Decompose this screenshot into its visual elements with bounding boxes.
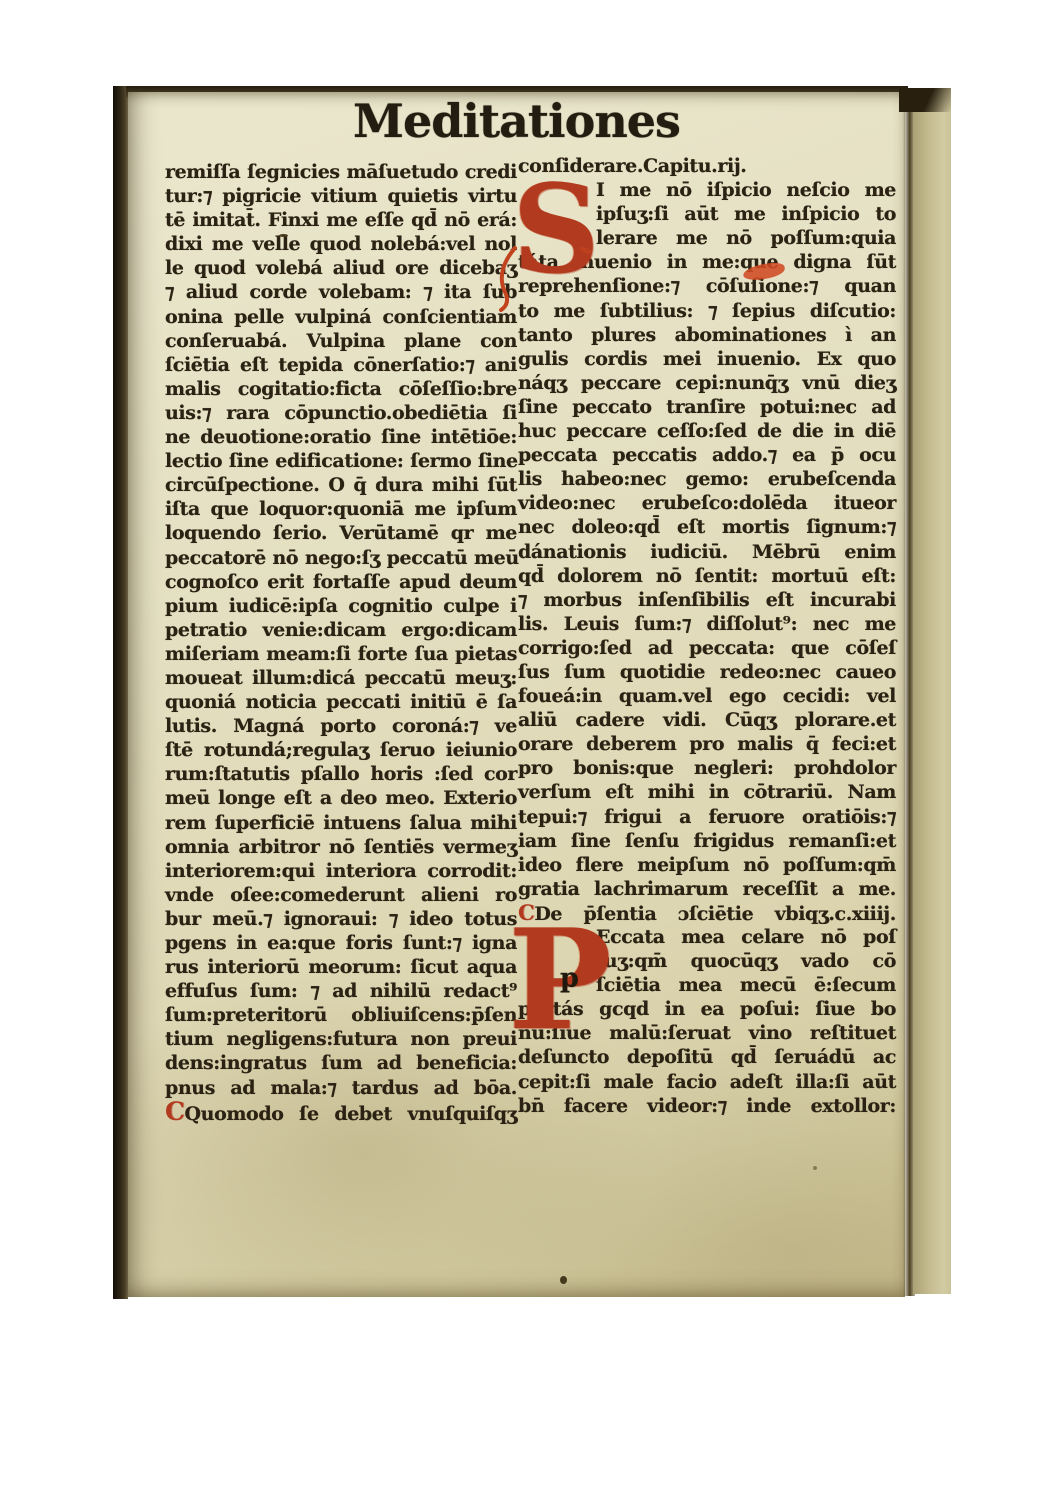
text-line: conſeruabá. Vulpina plane con <box>165 329 517 353</box>
text-line: meū longe eſt a deo meo. Exterio <box>165 786 517 810</box>
rubricated-initial-s: S <box>512 168 600 290</box>
text-line: effuſus ſum: ⁊ ad nihilū redact⁹ <box>165 979 517 1003</box>
text-line: ne deuotione:oratio ſine intētiōe: <box>165 425 517 449</box>
chapter-14-opening: P p Eccata mea celare nō poſſuʒ:qm̄ quoc… <box>518 925 896 997</box>
text-line: foueá:in quam.vel ego cecidi: vel <box>518 684 896 708</box>
text-line: gulis cordis mei inuenio. Ex quo <box>518 347 896 371</box>
text-line: loquendo ſerio. Verūtamē qr me <box>165 521 517 545</box>
text-line: lectio ſine edificatione: ſermo ſine <box>165 449 517 473</box>
text-line: remiſſa ſegnicies māſuetudo credi <box>165 160 517 184</box>
text-line: video:nec erubeſco:dolēda itueor <box>518 491 896 515</box>
left-text-column: remiſſa ſegnicies māſuetudo creditur:⁊ p… <box>165 160 517 1124</box>
text-line: dixi me velle quod nolebá:vel nol <box>165 232 517 256</box>
text-line: onina pelle vulpiná conſcientiam <box>165 305 517 329</box>
scanned-page: Meditationes remiſſa ſegnicies māſuetudo… <box>0 0 1060 1500</box>
text-line: verſum eſt mihi in cōtrariū. Nam <box>518 780 896 804</box>
text-line: moueat illum:dicá peccatū meuʒ: <box>165 666 517 690</box>
text-line: tium negligens:futura non preui <box>165 1027 517 1051</box>
text-line: ſus ſum quotidie redeo:nec caueo <box>518 660 896 684</box>
book-page: Meditationes remiſſa ſegnicies māſuetudo… <box>113 86 951 1299</box>
text-line: tē imitat̄. Finxi me eſſe qd̄ nō erá: <box>165 208 517 232</box>
text-line: ſum:preteritorū obliuiſcens:p̄ſen <box>165 1003 517 1027</box>
text-line: pro bonis:que negleri: prohdolor <box>518 756 896 780</box>
text-line: ſuʒ:qm̄ quocūqʒ vado cō <box>596 949 896 973</box>
text-line: peccatorē nō nego:ſʒ peccatū meū <box>165 546 517 570</box>
red-swash-mark <box>497 246 519 312</box>
text-line: ſciētia mea mecū ē:ſecum <box>596 973 896 997</box>
text-line: ipſuʒ:ſi aūt me inſpicio to <box>596 202 896 226</box>
guide-letter-p: p <box>560 965 578 992</box>
chapter-12-opening: S I me nō iſpicio neſcio meipſuʒ:ſi aūt … <box>518 178 896 250</box>
text-line: vnde oſee:comederunt alieni ro <box>165 883 517 907</box>
text-line: rem ſuperficiē intuens ſalua mihi <box>165 811 517 835</box>
text-line: rus interiorū meorum: ſicut aqua <box>165 955 517 979</box>
text-line: miſeriam meam:ſi forte ſua pietas <box>165 642 517 666</box>
text-line: cepit:ſi male facio adeſt illa:ſi aūt <box>518 1070 896 1094</box>
text-line: pnus ad mala:⁊ tardus ad bōa. <box>165 1076 517 1100</box>
text-line: le quod volebá aliud ore dicebaʒ <box>165 256 517 280</box>
text-line: corrigo:ſed ad peccata: que cōſeſ <box>518 636 896 660</box>
text-line: pium iudicē:ipſa cognitio culpe i <box>165 594 517 618</box>
left-column-last-line: CQuomodo ſe debet vnuſquiſqʒ <box>165 1100 517 1124</box>
text-line: to me ſubtilius: ⁊ ſepius diſcutio: <box>518 299 896 323</box>
text-line: lis habeo:nec gemo: erubeſcenda <box>518 467 896 491</box>
text-line: interiorem:qui interiora corrodit: <box>165 859 517 883</box>
text-line: petratio venie:dicam ergo:dicam <box>165 618 517 642</box>
text-line: ⁊ aliud corde volebam: ⁊ ita ſub <box>165 280 517 304</box>
binding-edge <box>113 86 128 1299</box>
text-line: peccata peccatis addo.⁊ ea p̄ ocu <box>518 443 896 467</box>
text-line: iam ſine ſenſu frigidus remanſi:et <box>518 829 896 853</box>
text-line: tur:⁊ pigricie vitium quietis virtu <box>165 184 517 208</box>
text-line: Eccata mea celare nō poſ <box>596 925 896 949</box>
text-line: bn̄ facere videor:⁊ inde extollor: <box>518 1094 896 1118</box>
text-line: qd̄ dolorem nō ſentit: mortuū eſt: <box>518 564 896 588</box>
text-line: pgens in ea:que foris ſunt:⁊ igna <box>165 931 517 955</box>
right-text-column: conſiderare.Capitu.rij. S I me nō iſpici… <box>518 154 896 1118</box>
text-line: malis cogitatio:ficta cōſeſſio:bre <box>165 377 517 401</box>
page-corner-shadow <box>899 88 951 112</box>
text-line: ideo flere meipſum nō poſſum:qm̄ <box>518 853 896 877</box>
text-line: iſta que loquor:quoniā me ipſum <box>165 497 517 521</box>
text-line: quoniá noticia peccati initiū ē ſa <box>165 690 517 714</box>
text-line: aliū cadere vidi. Cūqʒ plorare.et <box>518 708 896 732</box>
text-line: I me nō iſpicio neſcio me <box>596 178 896 202</box>
text-line: rum:ſtatutis pſallo horis :ſed cor <box>165 762 517 786</box>
text-line: lutis. Magná porto coroná:⁊ ve <box>165 714 517 738</box>
text-line: dánationis iudiciū. Mēbrū enim <box>518 540 896 564</box>
chapter-12-body-lines: táta inuenio in me:que digna ſūtreprehen… <box>518 250 896 901</box>
text-line: lis. Leuis ſum:⁊ diſſolut⁹: nec me <box>518 612 896 636</box>
ink-speck <box>813 1166 817 1170</box>
ink-speck <box>279 234 288 237</box>
ink-speck <box>560 1276 567 1284</box>
page-title: Meditationes <box>128 94 905 148</box>
text-line: náqʒ peccare cepi:nunq̄ʒ vnū dieʒ <box>518 371 896 395</box>
chapter-incipit-text: Quomodo ſe debet vnuſquiſqʒ <box>185 1103 518 1125</box>
text-line: ſciētia eſt tepida cōnerſatio:⁊ ani <box>165 353 517 377</box>
next-page-edge <box>913 88 951 1294</box>
text-line: dens:ingratus ſum ad beneficia: <box>165 1051 517 1075</box>
left-column-lines: remiſſa ſegnicies māſuetudo creditur:⁊ p… <box>165 160 517 1100</box>
text-line: omnia arbitror nō ſentiēs vermeʒ <box>165 835 517 859</box>
text-line: tanto plures abominationes ì an <box>518 323 896 347</box>
text-line: ſine peccato tranſire potui:nec ad <box>518 395 896 419</box>
text-line: bur meū.⁊ ignoraui: ⁊ ideo totus <box>165 907 517 931</box>
text-line: ⁊ morbus inſenſibilis eſt incurabi <box>518 588 896 612</box>
text-line: circūſpectione. O q̄ dura mihi ſūt <box>165 473 517 497</box>
text-line: uis:⁊ rara cōpunctio.obediētia ſi <box>165 401 517 425</box>
text-line: tepui:⁊ frigui a feruore oratiōis:⁊ <box>518 805 896 829</box>
text-line: lerare me nō poſſum:quia <box>596 226 896 250</box>
text-line: orare deberem pro malis q̄ feci:et <box>518 732 896 756</box>
text-line: cognoſco erit fortaſſe apud deum <box>165 570 517 594</box>
text-line: huc peccare ceſſo:ſed de die in diē <box>518 419 896 443</box>
rubric-pilcrow: C <box>165 1097 185 1126</box>
text-line: ſtē rotundá;regulaʒ ſeruo ieiunio <box>165 738 517 762</box>
text-line: nec doleo:qd̄ eſt mortis ſignum:⁊ <box>518 515 896 539</box>
